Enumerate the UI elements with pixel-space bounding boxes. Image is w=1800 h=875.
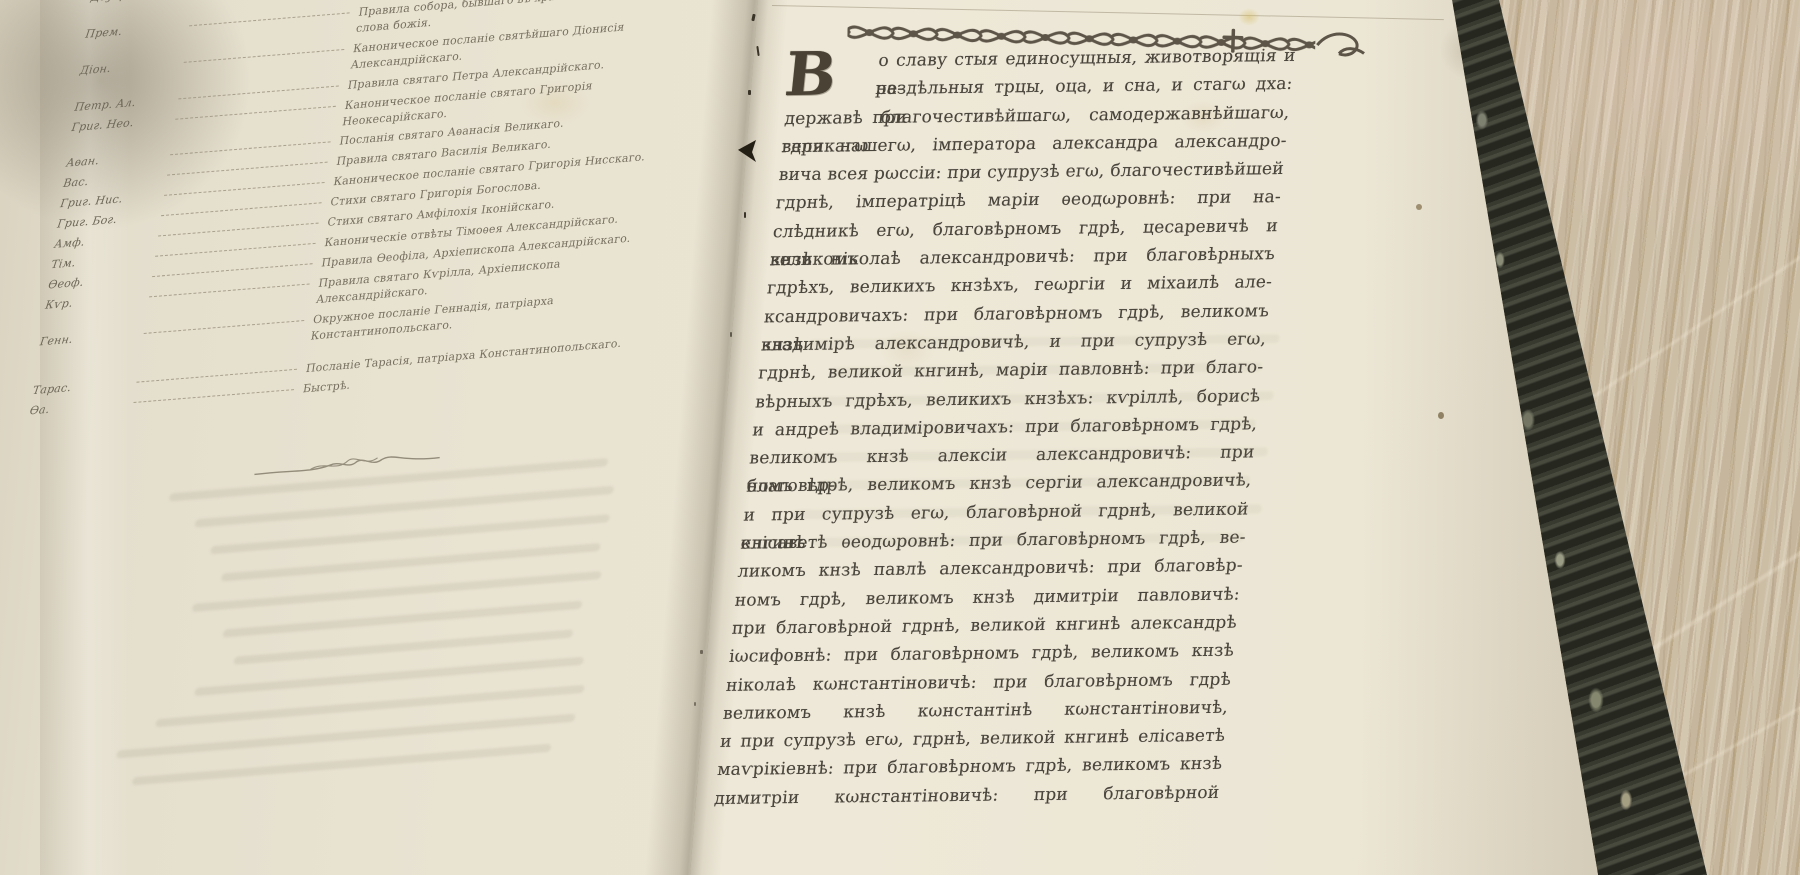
dot-leader — [133, 389, 294, 403]
showthrough-line — [803, 391, 1274, 406]
showthrough-line — [797, 447, 1268, 462]
drop-cap-initial: В — [782, 45, 839, 104]
torn-edge-speck — [748, 90, 751, 95]
abbreviation-label: Генн. — [39, 326, 136, 350]
foxing-spot — [1416, 204, 1422, 210]
abbreviation-label: Кѵр. — [44, 290, 141, 314]
showthrough-line — [791, 504, 1262, 519]
dot-leader — [161, 203, 322, 217]
showthrough-text — [777, 334, 1300, 567]
dot-leader — [167, 162, 328, 176]
showthrough-line — [819, 476, 1250, 490]
dot-leader — [189, 12, 350, 26]
foxing-spot — [1438, 412, 1444, 419]
showthrough-line — [814, 533, 1245, 547]
dot-leader — [164, 182, 325, 196]
torn-edge-speck — [744, 212, 746, 218]
torn-edge-speck — [730, 332, 732, 337]
text-line: раздѣльныя трцы, оца, и сна, и стагω дха… — [874, 70, 1294, 103]
abbreviation-label: Григ. Нео. — [70, 112, 167, 136]
dot-leader — [175, 105, 336, 119]
dot-leader — [144, 320, 305, 334]
abbreviation-label: Діон. — [79, 55, 176, 79]
dot-leader — [149, 283, 310, 297]
abbreviation-label: Двукр. — [90, 0, 187, 6]
showthrough-line — [233, 629, 573, 664]
torn-edge-speck — [700, 650, 703, 654]
dot-leader — [152, 263, 313, 277]
dot-leader — [184, 49, 345, 63]
abbreviation-label: Прем. — [84, 19, 181, 43]
showthrough-line — [825, 419, 1256, 433]
ornament-end-curl — [1317, 33, 1365, 55]
dot-leader — [170, 142, 331, 156]
dot-leader — [155, 243, 316, 257]
dot-leader — [178, 85, 339, 99]
showthrough-text — [104, 457, 629, 808]
abbreviation-list: Двукр. Правила собора, бывшаго во храмѣ … — [28, 0, 690, 423]
abbreviation-label: Ѳа. — [29, 395, 126, 419]
torn-edge-speck — [694, 702, 696, 706]
photo-scene: Двукр. Правила собора, бывшаго во храмѣ … — [0, 0, 1800, 875]
showthrough-line — [831, 363, 1262, 377]
dot-leader — [136, 369, 297, 383]
dot-leader — [158, 223, 319, 237]
text-line: димитріи кωнстантіновичѣ: при благовѣрно… — [713, 779, 1221, 814]
